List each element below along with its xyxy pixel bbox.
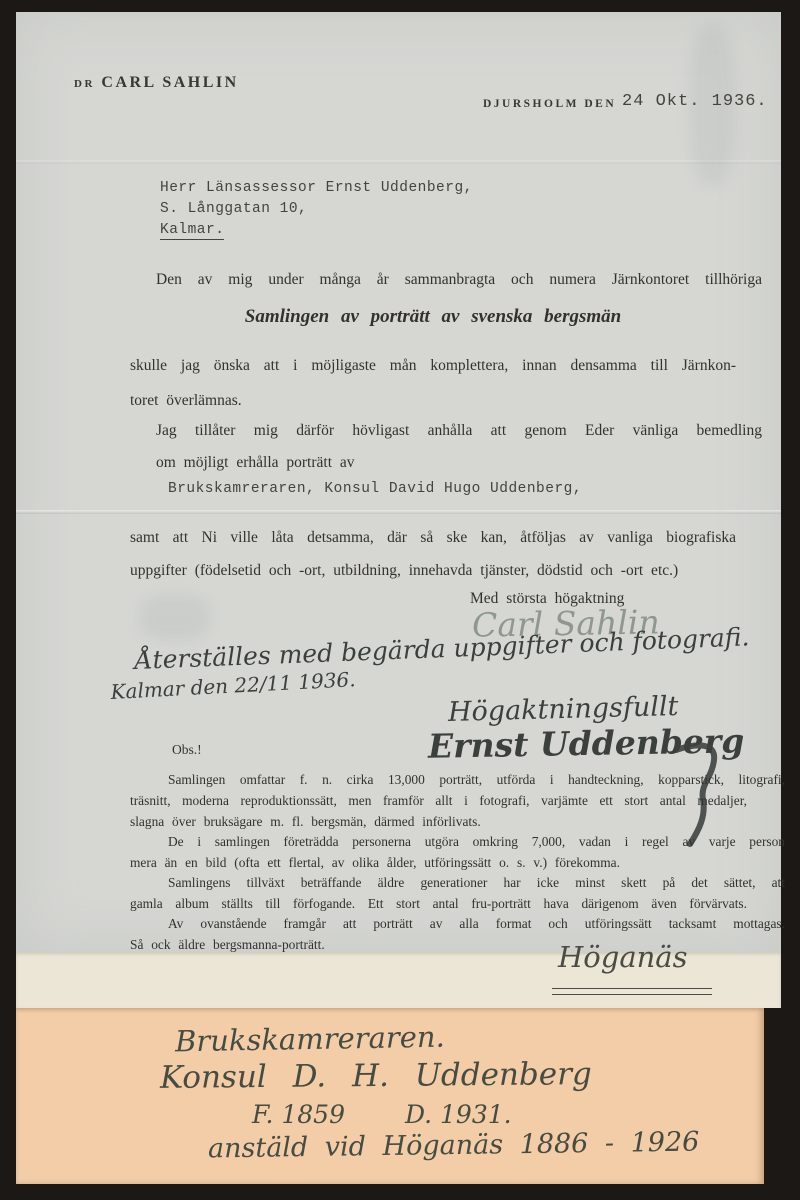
bottom-note-title: Brukskamreraren. <box>175 1020 445 1059</box>
notice-line: gamla album ställts till förfogande. Ett… <box>130 896 747 912</box>
scanned-letter-page: DR CARL SAHLIN DJURSHOLM DEN 24 Okt. 193… <box>0 0 800 1200</box>
bottom-note-name: Konsul D. H. Uddenberg <box>160 1056 592 1096</box>
fold-crease <box>16 510 781 514</box>
hoganas-double-underline <box>552 988 712 995</box>
birth-year: F. 1859 <box>252 1100 345 1129</box>
notice-line: Samlingens tillväxt beträffande äldre ge… <box>130 875 785 891</box>
recipient-name-line: Herr Länsassessor Ernst Uddenberg, <box>160 178 473 199</box>
body-intro-line: Den av mig under många år sammanbragta o… <box>130 271 762 289</box>
notice-line: Samlingen omfattar f. n. cirka 13,000 po… <box>130 772 785 788</box>
letterhead-sender: DR CARL SAHLIN <box>74 74 239 92</box>
sender-title-abbrev: DR <box>74 78 95 90</box>
bottom-note-dates: F. 1859D. 1931. <box>252 1100 512 1129</box>
dateline-date: 24 Okt. 1936. <box>622 92 768 111</box>
recipient-street-line: S. Långgatan 10, <box>160 199 473 220</box>
notice-label: Obs.! <box>172 742 202 758</box>
body-line: om möjligt erhålla porträtt av <box>130 454 762 472</box>
notice-line: mera än en bild (ofta ett flertal, av ol… <box>130 855 747 871</box>
dateline-place-label: DJURSHOLM DEN <box>483 98 616 110</box>
recipient-city-line: Kalmar. <box>160 222 224 240</box>
subject-person-line: Brukskamreraren, Konsul David Hugo Udden… <box>168 481 582 497</box>
sender-name: CARL SAHLIN <box>101 74 238 91</box>
fold-crease <box>16 160 781 164</box>
notice-line: slagna över bruksägare m. fl. bergsmän, … <box>130 814 747 830</box>
recipient-address-block: Herr Länsassessor Ernst Uddenberg, S. Lå… <box>160 178 473 241</box>
notice-line: träsnitt, moderna reproduktionssätt, men… <box>130 793 747 809</box>
notice-line: Av ovanstående framgår att porträtt av a… <box>130 916 785 932</box>
collection-headline: Samlingen av porträtt av svenska bergsmä… <box>130 306 736 328</box>
body-line: uppgifter (födelsetid och -ort, utbildni… <box>130 562 736 580</box>
notice-line: De i samlingen företrädda personerna utg… <box>130 834 785 850</box>
death-year: D. 1931. <box>405 1100 512 1129</box>
hoganas-note: Höganäs <box>558 940 687 974</box>
body-line: toret överlämnas. <box>130 392 736 410</box>
show-through-mark <box>140 595 210 640</box>
body-line: skulle jag önska att i möjligaste mån ko… <box>130 357 736 375</box>
body-line: samt att Ni ville låta detsamma, där så … <box>130 529 736 547</box>
body-line: Jag tillåter mig därför hövligast anhåll… <box>130 422 762 440</box>
